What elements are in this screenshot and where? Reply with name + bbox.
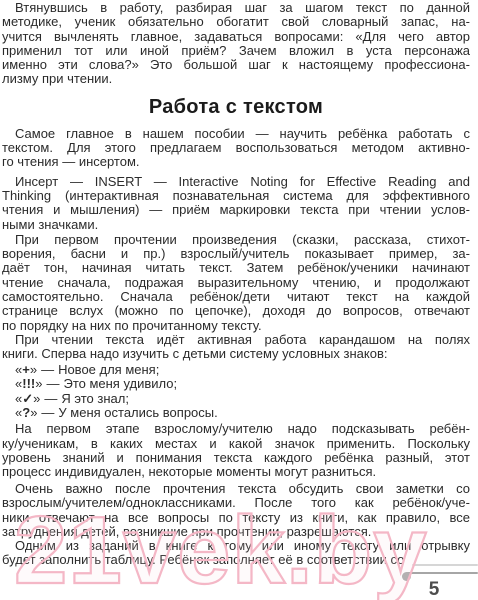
- text-line: Самое главное в нашем пособии — научить …: [2, 127, 470, 141]
- text-line: го чтения — инсертом.: [2, 155, 470, 169]
- text-line: книги. Сперва надо изучить с детьми сист…: [2, 347, 470, 361]
- text-line: именно эти слова?» Это большой шаг к нас…: [2, 58, 470, 72]
- legend-symbol: ?: [22, 405, 30, 420]
- text-line: по порядку на них по прочитанному тексту…: [2, 319, 470, 333]
- text-line: Thinking (интерактивная познавательная с…: [2, 189, 470, 203]
- legend-item: «?»—У меня остались вопросы.: [2, 406, 470, 420]
- text-line: Очень важно после прочтения текста обсуд…: [2, 482, 470, 496]
- text-line: учится вычленять главное, задаваться воп…: [2, 30, 470, 44]
- text-line: даёт тон, начиная читать текст. Затем ре…: [2, 261, 470, 275]
- page-number: 5: [424, 580, 444, 599]
- text-line: На первом этапе взрослому/учителю надо п…: [2, 422, 470, 436]
- dash-icon: —: [46, 376, 59, 391]
- pencil-work-paragraph: При чтении текста идёт активная работа к…: [2, 333, 470, 362]
- book-page: Втянувшись в работу, разбирая шаг за шаг…: [0, 0, 478, 600]
- legend-item: «!!!»—Это меня удивило;: [2, 377, 470, 391]
- text-line: процесс индивидуален, некоторые моменты …: [2, 465, 470, 479]
- text-line: странице вслух (можно по цепочке), доход…: [2, 304, 470, 318]
- text-line: ку/ученикам, в каких местах и какой знач…: [2, 437, 470, 451]
- quote-close-icon: »: [30, 405, 37, 420]
- legend-symbol: +: [22, 362, 30, 377]
- text-line: текстом. Для этого предлагаем воспользов…: [2, 141, 470, 155]
- page-content: Втянувшись в работу, разбирая шаг за шаг…: [2, 1, 470, 568]
- text-line: взрослым/учителем/одноклассниками. После…: [2, 496, 470, 510]
- table-task-paragraph: Одним из заданий в книге к тому или ином…: [2, 539, 470, 568]
- legend-item: «+»—Новое для меня;: [2, 363, 470, 377]
- legend-symbol: ✓: [22, 391, 33, 406]
- legend-label: Это меня удивило;: [63, 376, 177, 391]
- dash-icon: —: [41, 405, 54, 420]
- legend-symbol: !!!: [22, 376, 35, 391]
- text-line: чтение сначала, подражая выразительному …: [2, 276, 470, 290]
- insert-definition-paragraph: Инсерт — INSERT — Interactive Noting for…: [2, 175, 470, 232]
- text-line: будет заполнить таблицу. Ребёнок заполня…: [2, 553, 470, 567]
- quote-close-icon: »: [30, 362, 37, 377]
- text-line: ворения, басни и пр.) взрослый/учитель п…: [2, 247, 470, 261]
- legend-label: Я это знал;: [61, 391, 129, 406]
- text-line: уровень знаний и понимания текста каждог…: [2, 451, 470, 465]
- text-line: лизму при чтении.: [2, 72, 470, 86]
- text-line: самостоятельно. Сначала ребёнок/дети чит…: [2, 290, 470, 304]
- text-line: Инсерт — INSERT — Interactive Noting for…: [2, 175, 470, 189]
- section-heading: Работа с текстом: [2, 96, 470, 118]
- footer-rule-light: [412, 564, 478, 566]
- legend-label: У меня остались вопросы.: [58, 405, 217, 420]
- method-paragraph: Самое главное в нашем пособии — научить …: [2, 127, 470, 170]
- text-line: затруднения детей, возникшие при прочтен…: [2, 525, 470, 539]
- first-reading-paragraph: При первом прочтении произведения (сказк…: [2, 233, 470, 333]
- text-line: Втянувшись в работу, разбирая шаг за шаг…: [2, 1, 470, 15]
- stage-one-paragraph: На первом этапе взрослому/учителю надо п…: [2, 422, 470, 479]
- text-line: применил тот или иной приём? Зачем вложи…: [2, 44, 470, 58]
- dash-icon: —: [41, 362, 54, 377]
- text-line: При первом прочтении произведения (сказк…: [2, 233, 470, 247]
- intro-paragraph: Втянувшись в работу, разбирая шаг за шаг…: [2, 1, 470, 87]
- text-line: чтения и мышления) — приём маркировки те…: [2, 203, 470, 217]
- quote-close-icon: »: [33, 391, 40, 406]
- footer-dot-icon: [402, 572, 411, 581]
- quote-close-icon: »: [35, 376, 42, 391]
- text-line: ными значками.: [2, 218, 470, 232]
- text-line: ники отвечают на все вопросы по тексту и…: [2, 511, 470, 525]
- text-line: Одним из заданий в книге к тому или ином…: [2, 539, 470, 553]
- discussion-paragraph: Очень важно после прочтения текста обсуд…: [2, 482, 470, 539]
- legend-label: Новое для меня;: [58, 362, 159, 377]
- marker-legend: «+»—Новое для меня;«!!!»—Это меня удивил…: [2, 363, 470, 420]
- dash-icon: —: [44, 391, 57, 406]
- text-line: При чтении текста идёт активная работа к…: [2, 333, 470, 347]
- text-line: методике, ученик обязательно обогатит св…: [2, 15, 470, 29]
- footer-rule-dark: [406, 572, 478, 575]
- legend-item: «✓»—Я это знал;: [2, 392, 470, 406]
